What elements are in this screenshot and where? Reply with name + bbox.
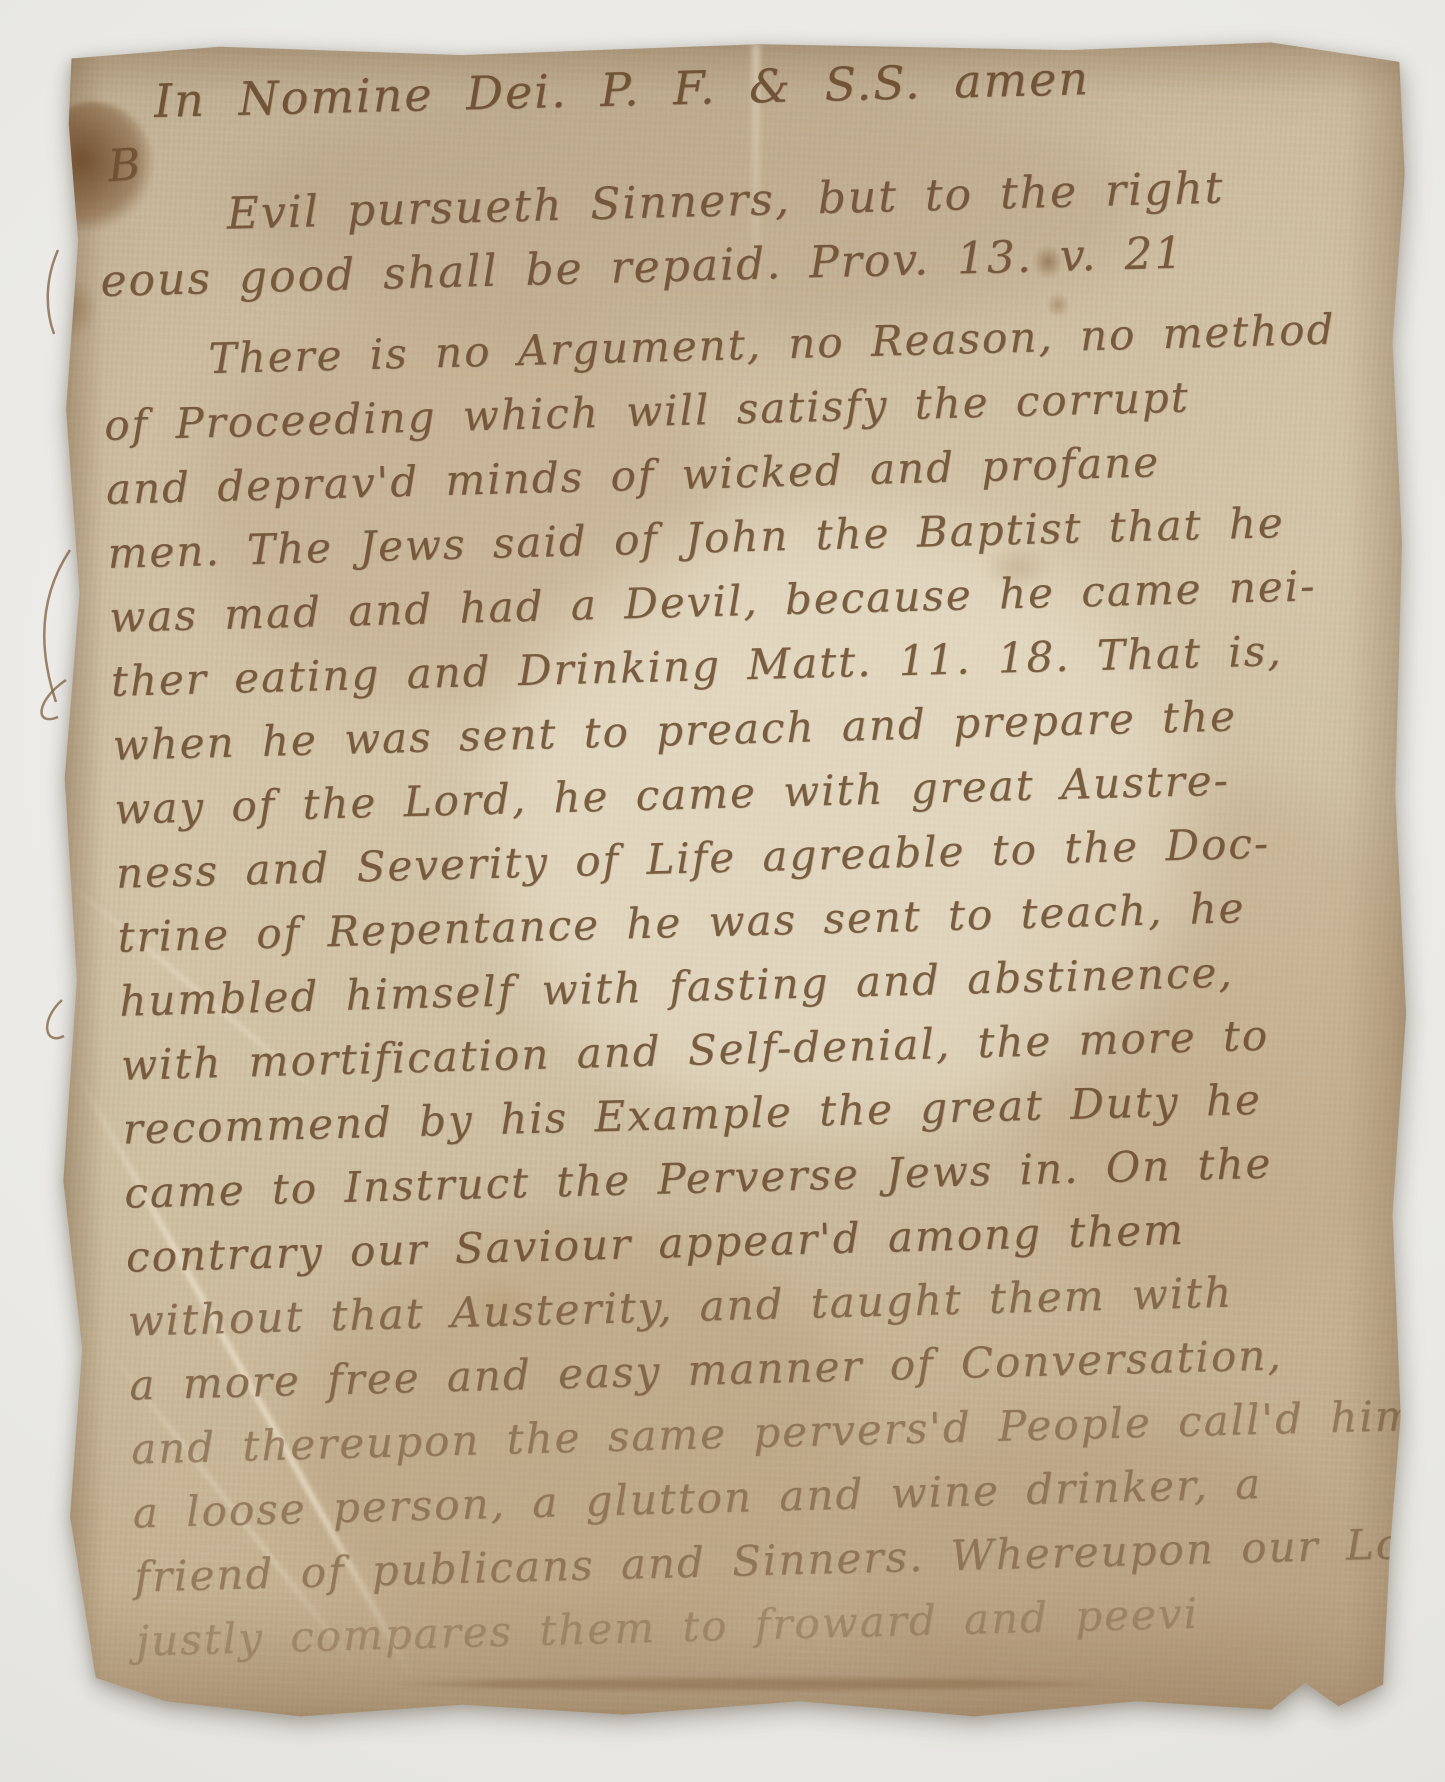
tide-mark	[388, 1678, 1128, 1690]
ink-stain	[44, 276, 98, 340]
manuscript-text: Evil pursueth Sinners, but to the right …	[98, 152, 1442, 1674]
heading-line: In Nomine Dei. P. F. & S.S. amen	[153, 51, 1090, 129]
edge-toning	[58, 40, 104, 1718]
manuscript-page-wrap: In Nomine Dei. P. F. & S.S. amen B Evil …	[0, 0, 1445, 1782]
manuscript-page: In Nomine Dei. P. F. & S.S. amen B Evil …	[58, 40, 1406, 1718]
photo-backdrop: In Nomine Dei. P. F. & S.S. amen B Evil …	[0, 0, 1445, 1782]
